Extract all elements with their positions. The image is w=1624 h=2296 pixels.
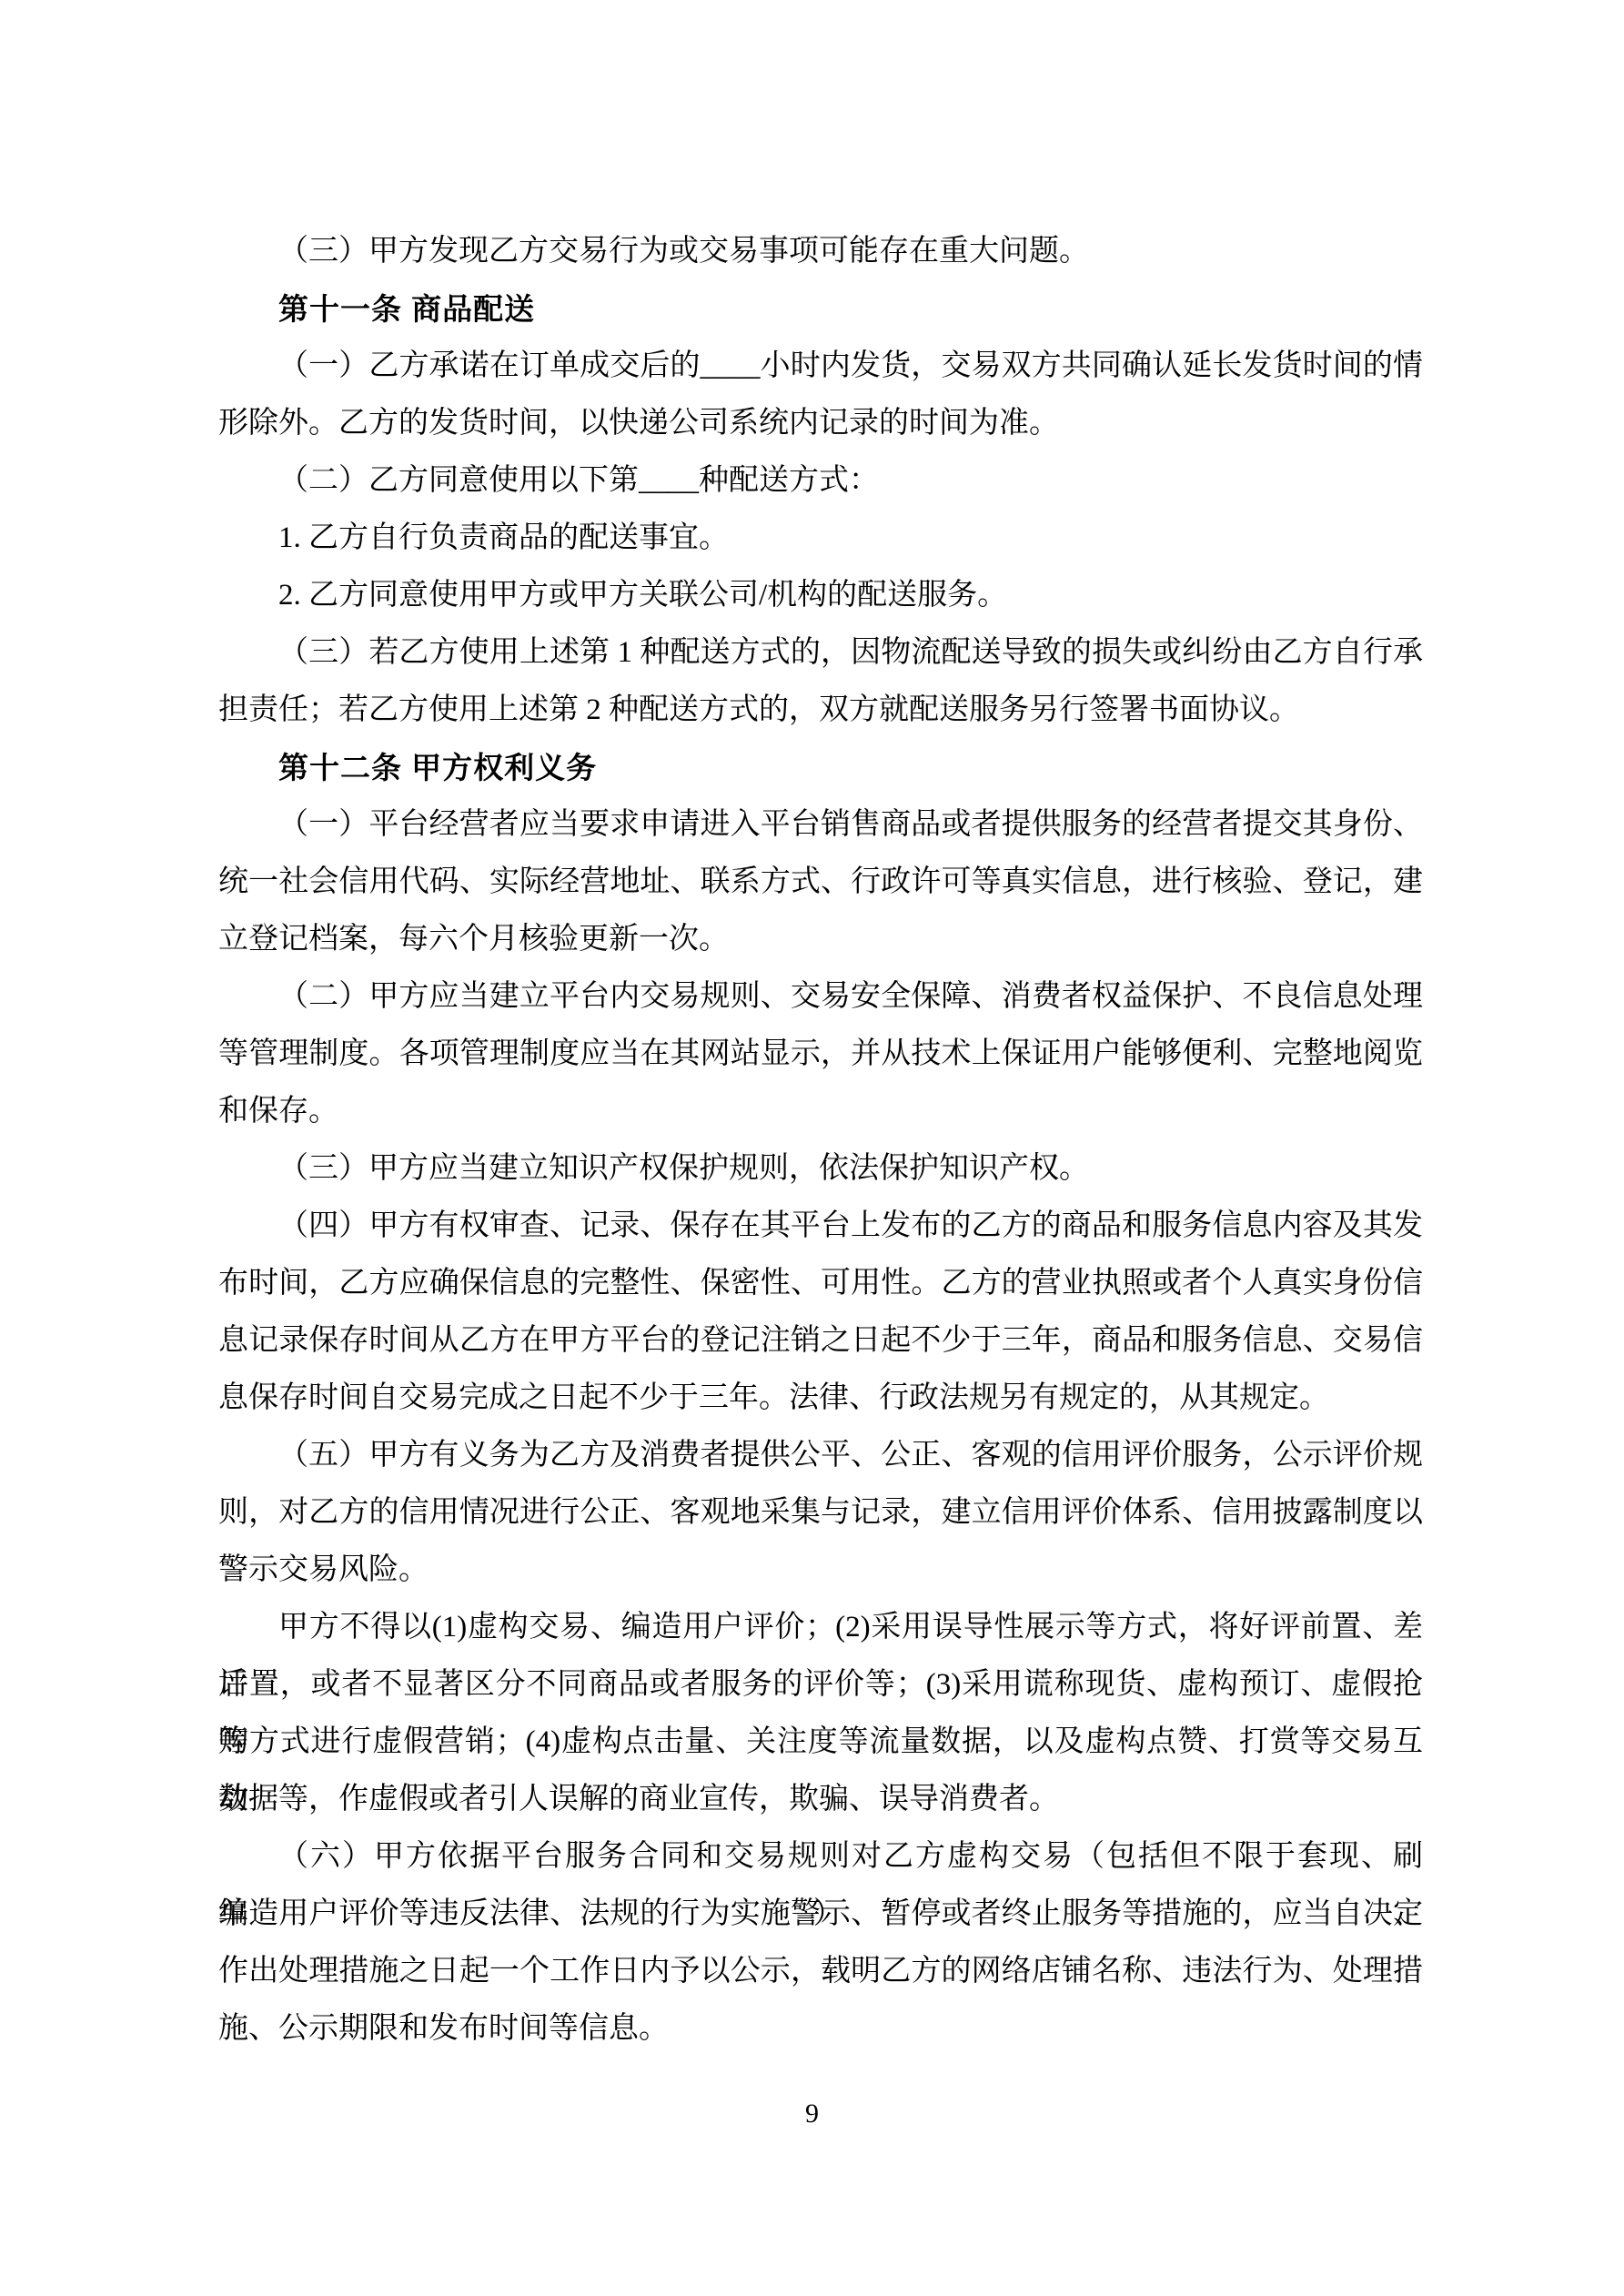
page-number: 9	[0, 2098, 1624, 2130]
text-line: 担责任；若乙方使用上述第 2 种配送方式的，双方就配送服务另行签署书面协议。	[218, 682, 1423, 739]
text-line: （五）甲方有义务为乙方及消费者提供公平、公正、客观的信用评价服务，公示评价规	[218, 1427, 1423, 1484]
text-line: 统一社会信用代码、实际经营地址、联系方式、行政许可等真实信息，进行核验、登记，建	[218, 854, 1423, 911]
document-body: （三）甲方发现乙方交易行为或交易事项可能存在重大问题。第十一条 商品配送（一）乙…	[218, 223, 1423, 2058]
text-line: 2. 乙方同意使用甲方或甲方关联公司/机构的配送服务。	[218, 567, 1423, 624]
text-line: 1. 乙方自行负责商品的配送事宜。	[218, 510, 1423, 567]
text-line: （一）平台经营者应当要求申请进入平台销售商品或者提供服务的经营者提交其身份、	[218, 796, 1423, 854]
text-line: 甲方不得以(1)虚构交易、编造用户评价；(2)采用误导性展示等方式，将好评前置、…	[218, 1599, 1423, 1656]
text-line: 则，对乙方的信用情况进行公正、客观地采集与记录，建立信用评价体系、信用披露制度以	[218, 1484, 1423, 1542]
text-line: 后置，或者不显著区分不同商品或者服务的评价等；(3)采用谎称现货、虚构预订、虚假…	[218, 1656, 1423, 1714]
text-line: （三）甲方发现乙方交易行为或交易事项可能存在重大问题。	[218, 223, 1423, 280]
text-line: （六）甲方依据平台服务合同和交易规则对乙方虚构交易（包括但不限于套现、刷单）、	[218, 1828, 1423, 1886]
text-line: （四）甲方有权审查、记录、保存在其平台上发布的乙方的商品和服务信息内容及其发	[218, 1198, 1423, 1255]
section-heading: 第十一条 商品配送	[218, 280, 1423, 338]
text-line: （三）若乙方使用上述第 1 种配送方式的，因物流配送导致的损失或纠纷由乙方自行承	[218, 624, 1423, 682]
text-line: 警示交易风险。	[218, 1542, 1423, 1599]
text-line: 息记录保存时间从乙方在甲方平台的登记注销之日起不少于三年，商品和服务信息、交易信	[218, 1312, 1423, 1370]
text-line: 数据等，作虚假或者引人误解的商业宣传，欺骗、误导消费者。	[218, 1771, 1423, 1828]
text-line: 布时间，乙方应确保信息的完整性、保密性、可用性。乙方的营业执照或者个人真实身份信	[218, 1255, 1423, 1312]
section-heading: 第十二条 甲方权利义务	[218, 739, 1423, 796]
text-line: 息保存时间自交易完成之日起不少于三年。法律、行政法规另有规定的，从其规定。	[218, 1370, 1423, 1427]
text-line: （三）甲方应当建立知识产权保护规则，依法保护知识产权。	[218, 1140, 1423, 1198]
text-line: 和保存。	[218, 1083, 1423, 1140]
text-line: 施、公示期限和发布时间等信息。	[218, 2000, 1423, 2058]
text-line: （二）乙方同意使用以下第____种配送方式：	[218, 452, 1423, 510]
text-line: 立登记档案，每六个月核验更新一次。	[218, 911, 1423, 968]
text-line: 等方式进行虚假营销；(4)虚构点击量、关注度等流量数据，以及虚构点赞、打赏等交易…	[218, 1714, 1423, 1771]
text-line: 形除外。乙方的发货时间，以快递公司系统内记录的时间为准。	[218, 395, 1423, 452]
text-line: 等管理制度。各项管理制度应当在其网站显示，并从技术上保证用户能够便利、完整地阅览	[218, 1026, 1423, 1083]
text-line: （一）乙方承诺在订单成交后的____小时内发货，交易双方共同确认延长发货时间的情	[218, 338, 1423, 395]
document-page: （三）甲方发现乙方交易行为或交易事项可能存在重大问题。第十一条 商品配送（一）乙…	[0, 0, 1624, 2296]
text-line: 编造用户评价等违反法律、法规的行为实施警示、暂停或者终止服务等措施的，应当自决定	[218, 1886, 1423, 1943]
text-line: （二）甲方应当建立平台内交易规则、交易安全保障、消费者权益保护、不良信息处理	[218, 968, 1423, 1026]
text-line: 作出处理措施之日起一个工作日内予以公示，载明乙方的网络店铺名称、违法行为、处理措	[218, 1943, 1423, 2000]
